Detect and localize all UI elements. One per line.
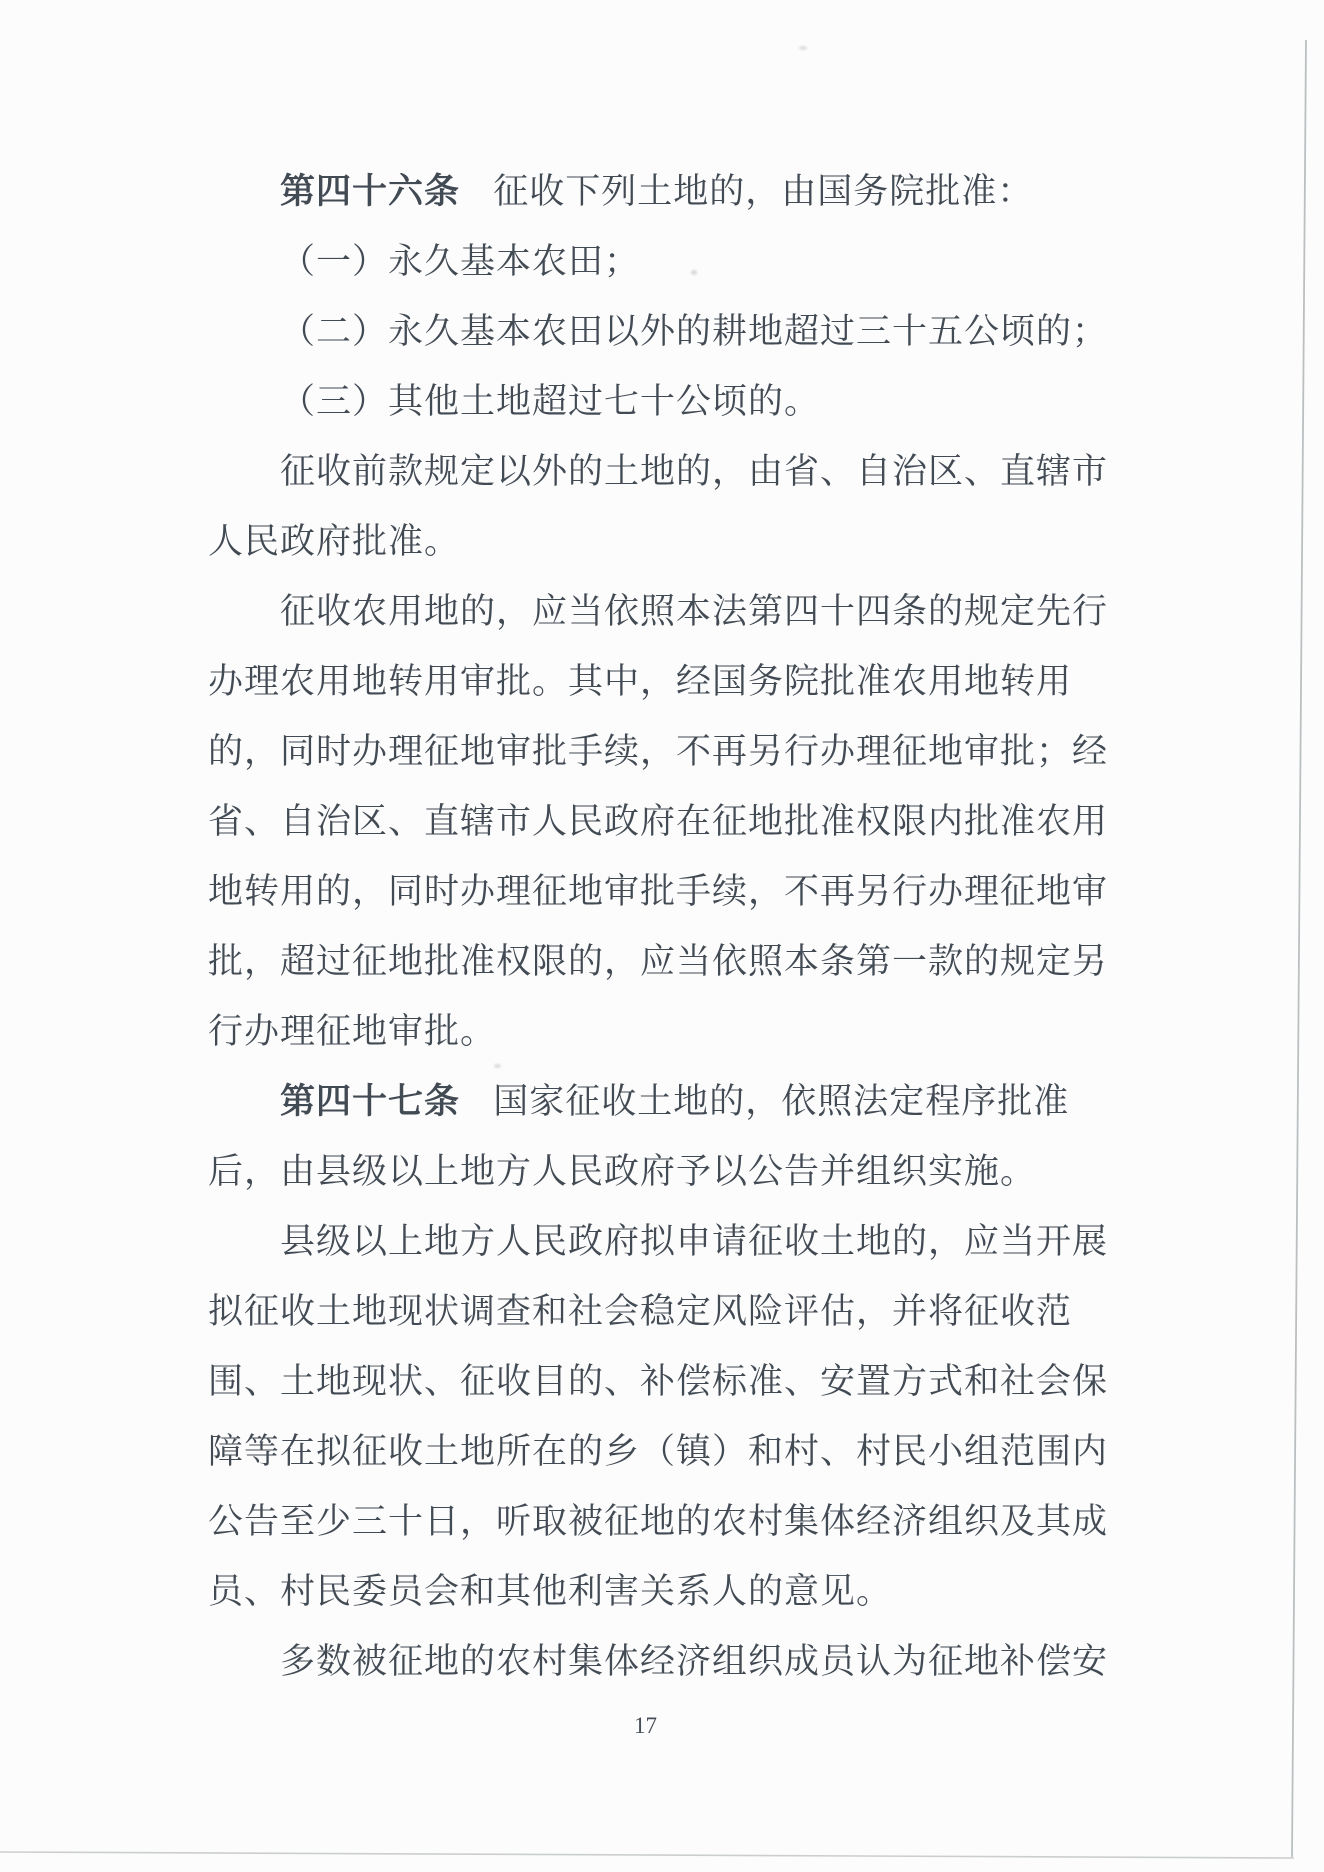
line-text: 国家征收土地的，依照法定程序批准 [493,1082,1069,1121]
article-number: 第四十六条 [280,172,460,211]
scan-speck [799,46,807,50]
line-text: 围、土地现状、征收目的、补偿标准、安置方式和社会保 [208,1362,1108,1401]
text-line: （一）永久基本农田； [208,227,1108,297]
line-text: 障等在拟征收土地所在的乡（镇）和村、村民小组范围内 [208,1432,1108,1471]
line-text: 员、村民委员会和其他利害关系人的意见。 [208,1572,892,1611]
text-line: 后，由县级以上地方人民政府予以公告并组织实施。 [208,1137,1108,1207]
line-text: （一）永久基本农田； [280,242,640,281]
line-text: 拟征收土地现状调查和社会稳定风险评估，并将征收范 [208,1292,1072,1331]
text-line: 公告至少三十日，听取被征地的农村集体经济组织及其成 [208,1487,1108,1557]
line-text: （三）其他土地超过七十公顷的。 [280,382,820,421]
article-number: 第四十七条 [280,1082,460,1121]
line-text: 人民政府批准。 [208,522,460,561]
text-line: 批，超过征地批准权限的，应当依照本条第一款的规定另 [208,927,1108,997]
text-line: 行办理征地审批。 [208,997,1108,1067]
line-text: 办理农用地转用审批。其中，经国务院批准农用地转用 [208,662,1072,701]
line-text: 的，同时办理征地审批手续，不再另行办理征地审批；经 [208,732,1108,771]
text-line: （二）永久基本农田以外的耕地超过三十五公顷的； [208,297,1108,367]
line-text: 征收下列土地的，由国务院批准： [493,172,1033,211]
scan-edge-bottom [0,1852,1294,1858]
text-line: 障等在拟征收土地所在的乡（镇）和村、村民小组范围内 [208,1417,1108,1487]
text-line: 人民政府批准。 [208,507,1108,577]
scan-edge-vertical [1292,40,1306,1857]
text-line: 拟征收土地现状调查和社会稳定风险评估，并将征收范 [208,1277,1108,1347]
line-text: 征收农用地的，应当依照本法第四十四条的规定先行 [280,592,1108,631]
text-line: 的，同时办理征地审批手续，不再另行办理征地审批；经 [208,717,1108,787]
text-line: 员、村民委员会和其他利害关系人的意见。 [208,1557,1108,1627]
scan-speck [691,270,697,275]
text-line: 第四十七条国家征收土地的，依照法定程序批准 [208,1067,1108,1137]
text-line: 地转用的，同时办理征地审批手续，不再另行办理征地审 [208,857,1108,927]
text-line: 省、自治区、直辖市人民政府在征地批准权限内批准农用 [208,787,1108,857]
line-text: 多数被征地的农村集体经济组织成员认为征地补偿安 [280,1642,1108,1681]
document-page: 第四十六条征收下列土地的，由国务院批准： （一）永久基本农田； （二）永久基本农… [0,0,1324,1872]
page-number: 17 [208,1712,1083,1740]
line-text: 地转用的，同时办理征地审批手续，不再另行办理征地审 [208,872,1108,911]
text-column: 第四十六条征收下列土地的，由国务院批准： （一）永久基本农田； （二）永久基本农… [208,157,1108,1697]
line-text: 省、自治区、直辖市人民政府在征地批准权限内批准农用 [208,802,1108,841]
text-line: 征收前款规定以外的土地的，由省、自治区、直辖市 [208,437,1108,507]
text-line: 县级以上地方人民政府拟申请征收土地的，应当开展 [208,1207,1108,1277]
text-line: 多数被征地的农村集体经济组织成员认为征地补偿安 [208,1627,1108,1697]
line-text: 行办理征地审批。 [208,1012,496,1051]
line-text: 县级以上地方人民政府拟申请征收土地的，应当开展 [280,1222,1108,1261]
text-line: 围、土地现状、征收目的、补偿标准、安置方式和社会保 [208,1347,1108,1417]
line-text: 后，由县级以上地方人民政府予以公告并组织实施。 [208,1152,1036,1191]
text-line: 办理农用地转用审批。其中，经国务院批准农用地转用 [208,647,1108,717]
line-text: （二）永久基本农田以外的耕地超过三十五公顷的； [280,312,1108,351]
text-line: （三）其他土地超过七十公顷的。 [208,367,1108,437]
line-text: 征收前款规定以外的土地的，由省、自治区、直辖市 [280,452,1108,491]
text-line: 征收农用地的，应当依照本法第四十四条的规定先行 [208,577,1108,647]
scan-speck [494,1064,501,1068]
line-text: 批，超过征地批准权限的，应当依照本条第一款的规定另 [208,942,1108,981]
line-text: 公告至少三十日，听取被征地的农村集体经济组织及其成 [208,1502,1108,1541]
text-line: 第四十六条征收下列土地的，由国务院批准： [208,157,1108,227]
